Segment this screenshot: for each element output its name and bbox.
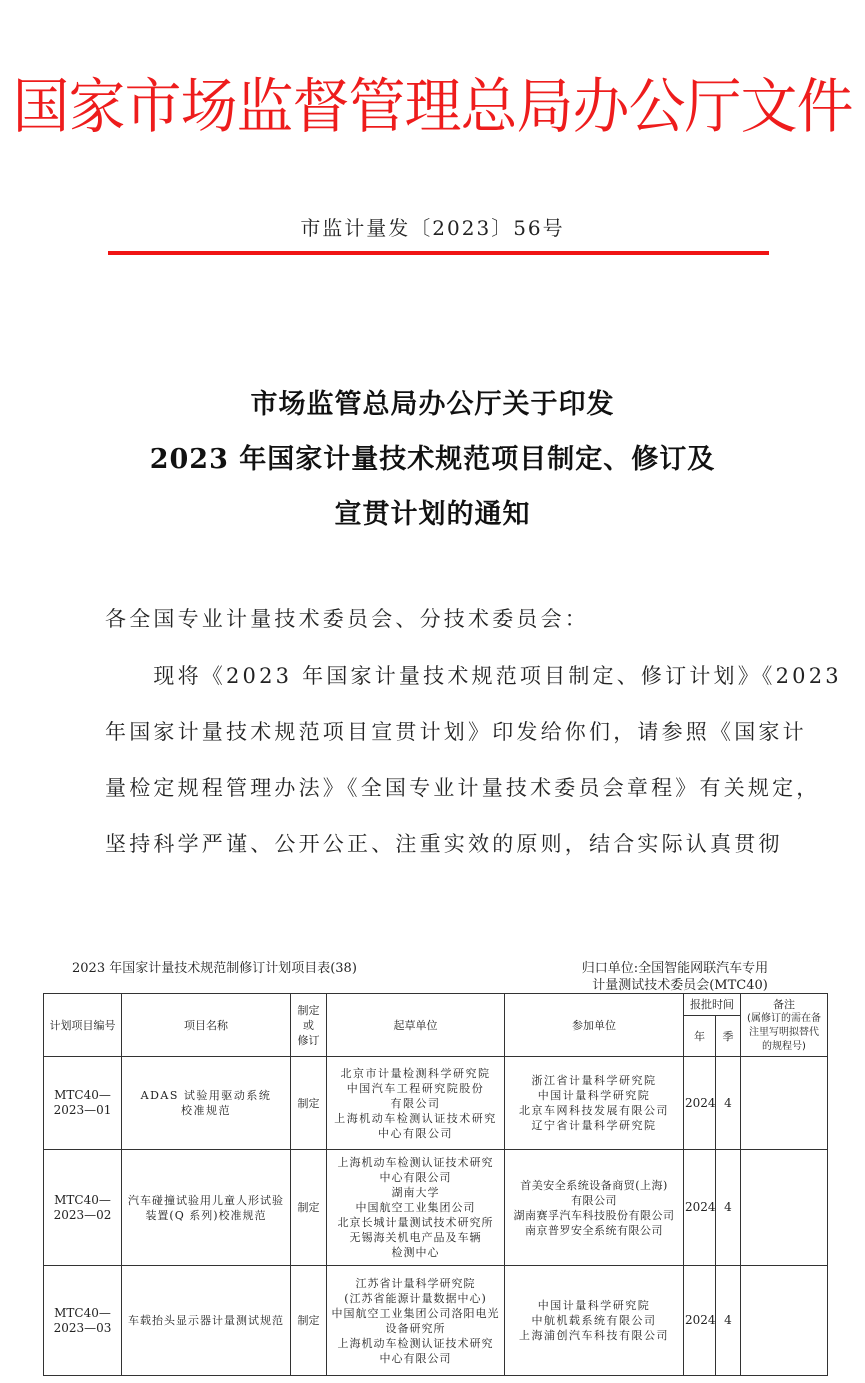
- cell-year: 2024: [684, 1266, 716, 1376]
- cell-participants: 首美安全系统设备商贸(上海) 有限公司 湖南赛孚汽车科技股份有限公司 南京普罗安…: [505, 1150, 684, 1266]
- cell-name: 车载抬头显示器计量测试规范: [122, 1266, 291, 1376]
- cell-participants: 浙江省计量科学研究院 中国计量科学研究院 北京车网科技发展有限公司 辽宁省计量科…: [505, 1057, 684, 1150]
- cell-remarks: [741, 1150, 828, 1266]
- cell-quarter: 4: [716, 1057, 741, 1150]
- cell-drafter: 北京市计量检测科学研究院 中国汽车工程研究院股份 有限公司 上海机动车检测认证技…: [327, 1057, 505, 1150]
- document-masthead: 国家市场监督管理总局办公厅文件: [0, 70, 865, 144]
- table-caption: 2023 年国家计量技术规范制修订计划项目表(38): [72, 957, 357, 976]
- header-code: 计划项目编号: [44, 994, 122, 1057]
- cell-code: MTC40— 2023—03: [44, 1266, 122, 1376]
- cell-type: 制定: [291, 1150, 327, 1266]
- header-remarks: 备注 (属修订的需在备 注里写明拟替代 的规程号): [741, 994, 828, 1057]
- cell-code: MTC40— 2023—01: [44, 1057, 122, 1150]
- body-line: 年国家计量技术规范项目宣贯计划》印发给你们，请参照《国家计: [105, 716, 770, 746]
- body-line: 坚持科学严谨、公开公正、注重实效的原则，结合实际认真贯彻: [105, 828, 770, 858]
- cell-year: 2024: [684, 1150, 716, 1266]
- header-drafter: 起草单位: [327, 994, 505, 1057]
- plan-table: 计划项目编号 项目名称 制定 或 修订 起草单位 参加单位 报批时间 备注 (属…: [43, 993, 828, 1376]
- cell-drafter: 江苏省计量科学研究院 (江苏省能源计量数据中心) 中国航空工业集团公司洛阳电光 …: [327, 1266, 505, 1376]
- cell-type: 制定: [291, 1057, 327, 1150]
- cell-quarter: 4: [716, 1150, 741, 1266]
- red-divider-rule: [108, 251, 769, 255]
- cell-name: 汽车碰撞试验用儿童人形试验 装置(Q 系列)校准规范: [122, 1150, 291, 1266]
- notice-title-line-2: 2023 年国家计量技术规范项目制定、修订及: [0, 437, 865, 476]
- document-number: 市监计量发〔2023〕56号: [0, 212, 865, 241]
- header-type: 制定 或 修订: [291, 994, 327, 1057]
- cell-drafter: 上海机动车检测认证技术研究 中心有限公司 湖南大学 中国航空工业集团公司 北京长…: [327, 1150, 505, 1266]
- cell-type: 制定: [291, 1266, 327, 1376]
- header-participants: 参加单位: [505, 994, 684, 1057]
- cell-code: MTC40— 2023—02: [44, 1150, 122, 1266]
- table-row: MTC40— 2023—03 车载抬头显示器计量测试规范 制定 江苏省计量科学研…: [44, 1266, 828, 1376]
- table-row: MTC40— 2023—01 ADAS 试验用驱动系统 校准规范 制定 北京市计…: [44, 1057, 828, 1150]
- cell-year: 2024: [684, 1057, 716, 1150]
- header-name: 项目名称: [122, 994, 291, 1057]
- header-approval-time: 报批时间: [684, 994, 741, 1016]
- header-remarks-label: 备注: [742, 997, 826, 1012]
- header-remarks-note: (属修订的需在备 注里写明拟替代 的规程号): [742, 1012, 826, 1054]
- cell-name: ADAS 试验用驱动系统 校准规范: [122, 1057, 291, 1150]
- notice-title-line-3: 宣贯计划的通知: [0, 492, 865, 531]
- cell-participants: 中国计量科学研究院 中航机载系统有限公司 上海浦创汽车科技有限公司: [505, 1266, 684, 1376]
- table-authority-line-2: 计量测试技术委员会(MTC40): [565, 974, 795, 993]
- body-line: 量检定规程管理办法》《全国专业计量技术委员会章程》有关规定，: [105, 772, 770, 802]
- salutation: 各全国专业计量技术委员会、分技术委员会：: [105, 603, 770, 633]
- cell-remarks: [741, 1266, 828, 1376]
- body-line: 现将《2023 年国家计量技术规范项目制定、修订计划》《2023: [105, 660, 770, 690]
- notice-title-line-1: 市场监管总局办公厅关于印发: [0, 382, 865, 421]
- table-row: MTC40— 2023—02 汽车碰撞试验用儿童人形试验 装置(Q 系列)校准规…: [44, 1150, 828, 1266]
- cell-remarks: [741, 1057, 828, 1150]
- header-year: 年: [684, 1016, 716, 1057]
- header-quarter: 季: [716, 1016, 741, 1057]
- cell-quarter: 4: [716, 1266, 741, 1376]
